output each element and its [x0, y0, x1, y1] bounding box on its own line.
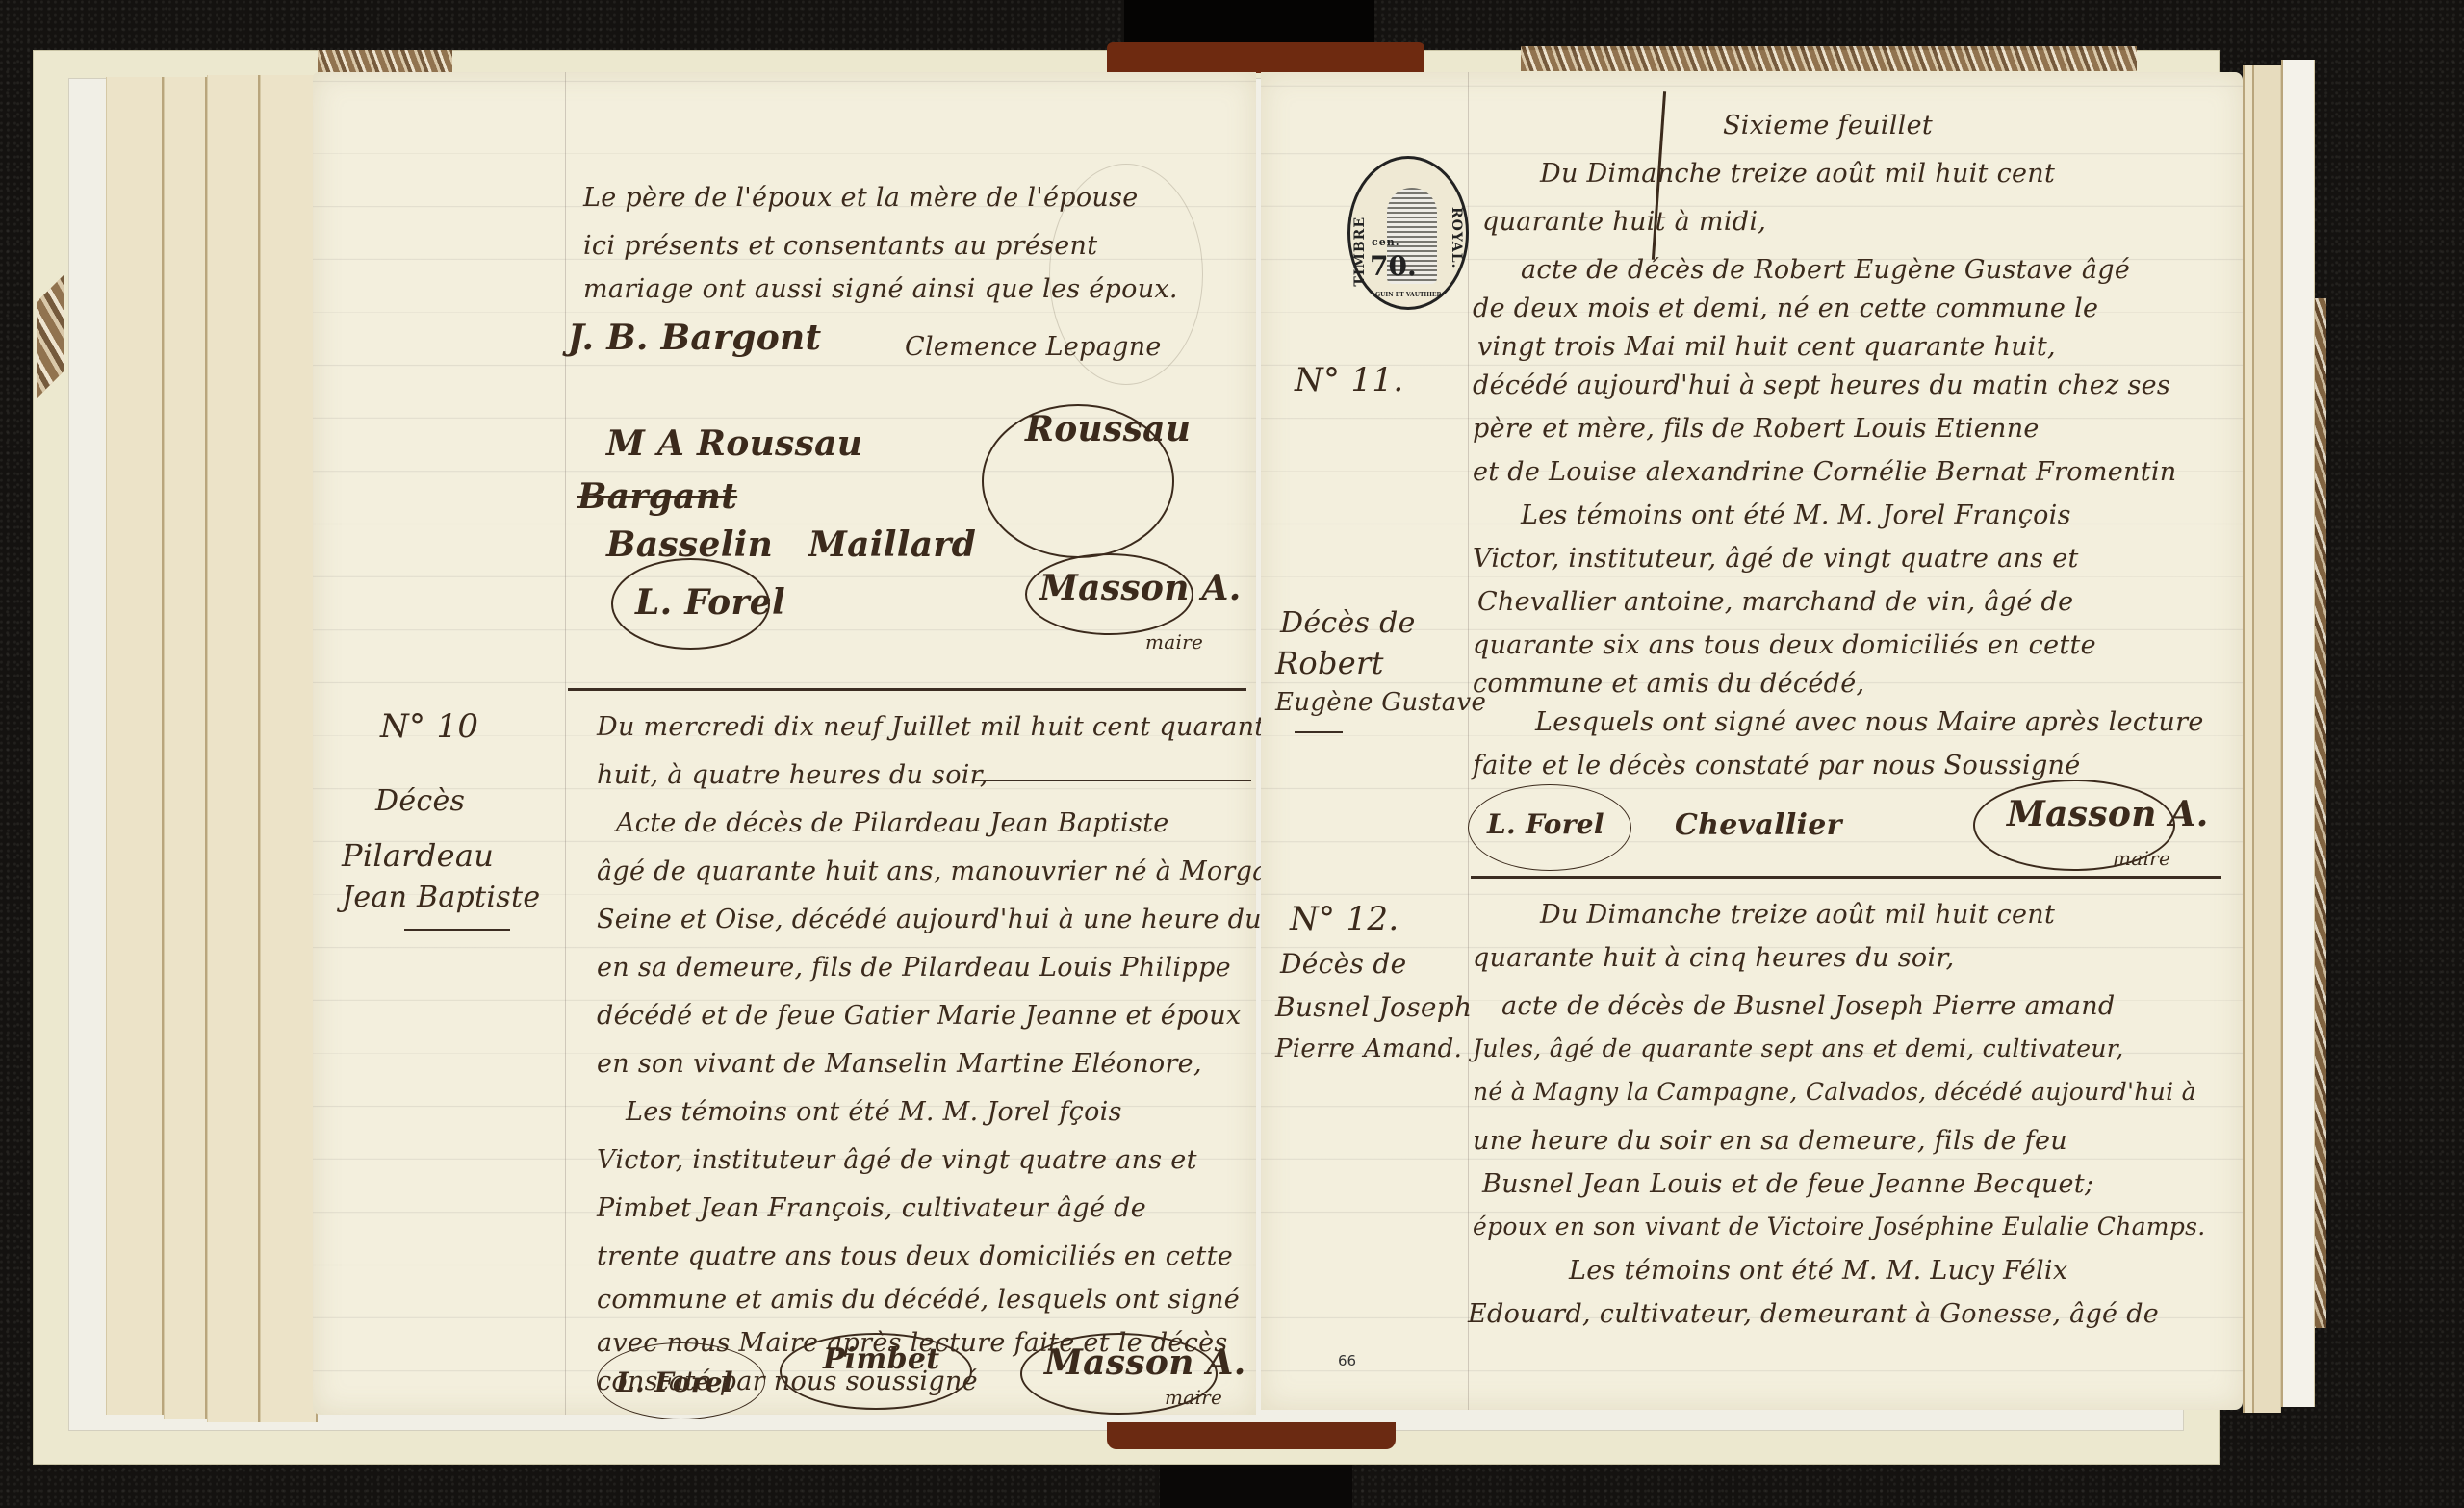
text-line: acte de décès de Busnel Joseph Pierre am… — [1501, 991, 2116, 1021]
signature: M A Roussau — [606, 423, 862, 464]
text-line: quarante huit à cinq heures du soir, — [1473, 943, 1955, 973]
text-line: Les témoins ont été M. M. Lucy Félix — [1569, 1256, 2067, 1286]
margin-note: Pilardeau — [342, 837, 494, 874]
signature: Bargant — [577, 476, 737, 517]
signature: Masson A. — [2007, 794, 2209, 834]
signature: L. Forel — [1487, 808, 1604, 840]
stamp-engraver: GUIN ET VAUTHIER — [1375, 292, 1441, 298]
text-line: ici présents et consentants au présent — [583, 231, 1097, 261]
signature: Pimbet — [823, 1342, 939, 1376]
text-line: une heure du soir en sa demeure, fils de… — [1473, 1126, 2067, 1156]
text-line: Acte de décès de Pilardeau Jean Baptiste — [616, 808, 1169, 838]
text-line: âgé de quarante huit ans, manouvrier né … — [597, 856, 1297, 886]
text-line: né à Magny la Campagne, Calvados, décédé… — [1473, 1078, 2196, 1106]
stamp-left-text: TIMBRE — [1352, 217, 1368, 287]
text-line: acte de décès de Robert Eugène Gustave â… — [1521, 255, 2130, 285]
text-line: Busnel Jean Louis et de feue Jeanne Becq… — [1482, 1169, 2093, 1199]
text-line: en son vivant de Manselin Martine Eléono… — [597, 1049, 1202, 1079]
text-line: Pimbet Jean François, cultivateur âgé de — [597, 1193, 1146, 1223]
text-line: Les témoins ont été M. M. Jorel fçois — [626, 1097, 1122, 1127]
stamp-value: 70. — [1370, 250, 1417, 282]
line-filler — [972, 780, 1251, 781]
text-line: Du Dimanche treize août mil huit cent — [1540, 900, 2055, 930]
text-line: Edouard, cultivateur, demeurant à Goness… — [1468, 1299, 2159, 1329]
signature: Masson A. — [1039, 568, 1242, 608]
page-edge — [207, 75, 260, 1422]
royal-tax-stamp: TIMBRE ROYAL. cen. 70. GUIN ET VAUTHIER — [1347, 156, 1469, 310]
text-line: Du mercredi dix neuf Juillet mil huit ce… — [597, 712, 1281, 742]
text-line: décédé aujourd'hui à sept heures du mati… — [1473, 371, 2170, 400]
page-edge — [2281, 60, 2315, 1407]
text-line: Chevallier antoine, marchand de vin, âgé… — [1477, 587, 2073, 617]
page-number: 66 — [1338, 1352, 1356, 1369]
signature: Clemence Lepagne — [905, 332, 1162, 362]
text-line: Du Dimanche treize août mil huit cent — [1540, 159, 2055, 189]
spine-binding-top — [1107, 42, 1424, 73]
signature: L. Forel — [616, 1367, 733, 1398]
margin-note: Eugène Gustave — [1275, 688, 1486, 717]
signature: Chevallier — [1675, 808, 1842, 842]
text-line: commune et amis du décédé, lesquels ont … — [597, 1285, 1240, 1315]
page-edge — [106, 77, 164, 1415]
signature-title: maire — [1165, 1386, 1222, 1409]
text-line: époux en son vivant de Victoire Joséphin… — [1473, 1213, 2206, 1240]
text-line: Les témoins ont été M. M. Jorel François — [1521, 500, 2071, 530]
entry-number: N° 11. — [1295, 361, 1403, 399]
margin-line — [565, 72, 566, 1415]
signature-flourish — [982, 404, 1174, 558]
text-line: commune et amis du décédé, — [1473, 669, 1864, 699]
entry-number: N° 10 — [380, 707, 478, 746]
text-line: vingt trois Mai mil huit cent quarante h… — [1477, 332, 2056, 362]
text-line: Jules, âgé de quarante sept ans et demi,… — [1473, 1035, 2124, 1062]
text-line: quarante huit à midi, — [1482, 207, 1766, 237]
text-line: Victor, instituteur, âgé de vingt quatre… — [1473, 544, 2079, 574]
margin-underline — [404, 929, 510, 931]
margin-note: Décès de — [1280, 948, 1406, 980]
signature-title: maire — [1145, 630, 1203, 653]
signature-title: maire — [2113, 847, 2170, 870]
margin-note: Pierre Amand. — [1275, 1035, 1462, 1063]
margin-note: Busnel Joseph — [1275, 991, 1472, 1023]
stamp-right-text: ROYAL. — [1449, 207, 1464, 269]
text-line: Le père de l'époux et la mère de l'épous… — [583, 183, 1139, 213]
margin-note: Jean Baptiste — [342, 881, 540, 914]
signature: L. Forel — [635, 582, 785, 623]
text-line: père et mère, fils de Robert Louis Etien… — [1473, 414, 2040, 444]
text-line: huit, à quatre heures du soir, — [597, 760, 988, 790]
text-line: trente quatre ans tous deux domiciliés e… — [597, 1241, 1233, 1271]
text-line: et de Louise alexandrine Cornélie Bernat… — [1473, 457, 2177, 487]
margin-note: Robert — [1275, 645, 1384, 681]
text-line: faite et le décès constaté par nous Sous… — [1473, 751, 2081, 780]
margin-note: Décès — [375, 784, 465, 818]
marbled-edge-top-right — [1521, 46, 2137, 71]
text-line: Victor, instituteur âgé de vingt quatre … — [597, 1145, 1197, 1175]
entry-number: N° 12. — [1290, 900, 1399, 938]
entry-separator — [1471, 876, 2221, 879]
entry-separator — [568, 688, 1246, 691]
text-line: quarante six ans tous deux domiciliés en… — [1473, 630, 2096, 660]
text-line: Seine et Oise, décédé aujourd'hui à une … — [597, 905, 1322, 934]
margin-underline — [1295, 731, 1343, 733]
text-line: décédé et de feue Gatier Marie Jeanne et… — [597, 1001, 1241, 1031]
page-edge — [164, 77, 207, 1419]
signature: J. B. Bargont — [568, 318, 821, 358]
folio-note: Sixieme feuillet — [1723, 111, 1933, 141]
marbled-edge-top-left — [318, 50, 452, 73]
spine-binding-bottom — [1107, 1422, 1396, 1449]
stamp-unit: cen. — [1372, 236, 1400, 248]
page-edge — [2252, 65, 2281, 1413]
text-line: de deux mois et demi, né en cette commun… — [1473, 294, 2098, 323]
signature: Masson A. — [1044, 1342, 1246, 1383]
text-line: Lesquels ont signé avec nous Maire après… — [1535, 707, 2204, 737]
text-line: en sa demeure, fils de Pilardeau Louis P… — [597, 953, 1231, 983]
signature: Maillard — [808, 524, 976, 565]
margin-note: Décès de — [1280, 606, 1416, 640]
margin-line — [1468, 72, 1469, 1410]
page-edge — [260, 75, 318, 1422]
